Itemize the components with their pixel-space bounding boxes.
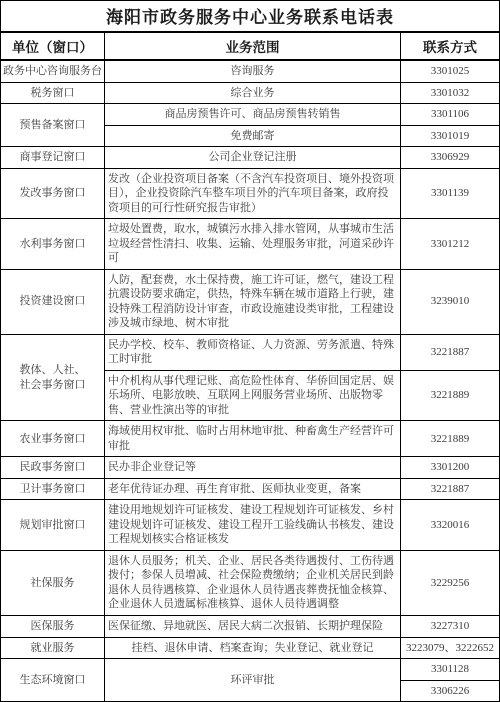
- phone-cell: 3301212: [401, 219, 500, 270]
- unit-cell: 就业服务: [1, 637, 105, 659]
- scope-cell: 挂档、退休申请、档案查询；失业登记、就业登记: [105, 637, 401, 659]
- column-header-contact: 联系方式: [401, 32, 500, 60]
- phone-cell: 3223079、3222652: [401, 637, 500, 659]
- phone-cell: 3221887: [401, 478, 500, 500]
- scope-cell: 公司企业登记注册: [105, 147, 401, 169]
- scope-cell: 民办非企业登记等: [105, 457, 401, 479]
- phone-cell: 3221889: [401, 421, 500, 457]
- phone-cell: 3301106: [401, 104, 500, 126]
- scope-cell: 商品房预售许可、商品房预售转销售: [105, 104, 401, 126]
- title-row: 海阳市政务服务中心业务联系电话表: [1, 1, 500, 33]
- scope-cell: 中介机构从事代理记账、高危险性体育、华侨回国定居、娱乐场所、电影放映、互联网上网…: [105, 370, 401, 421]
- column-header-unit: 单位（窗口）: [1, 32, 105, 60]
- unit-cell: 医保服务: [1, 615, 105, 637]
- unit-cell: 社保服务: [1, 550, 105, 615]
- table-row: 教体、人社、 社会事务窗口民办学校、校车、教师资格证、人力资源、劳务派遣、特殊工…: [1, 334, 500, 370]
- table-row: 农业事务窗口海域使用权审批、临时占用林地审批、种畜禽生产经营许可审批322188…: [1, 421, 500, 457]
- scope-cell: 医保征缴、异地就医、居民大病二次报销、长期护理保险: [105, 615, 401, 637]
- phone-directory-page: 海阳市政务服务中心业务联系电话表 单位（窗口） 业务范围 联系方式 政务中心咨询…: [0, 0, 500, 702]
- phone-cell: 3301200: [401, 457, 500, 479]
- table-row: 就业服务挂档、退休申请、档案查询；失业登记、就业登记3223079、322265…: [1, 637, 500, 659]
- scope-cell: 退休人员服务；机关、企业、居民各类待遇拨付、工伤待遇拨付；参保人员增减、社会保险…: [105, 550, 401, 615]
- scope-cell: 老年优待证办理、再生育审批、医师执业变更，备案: [105, 478, 401, 500]
- phone-cell: 3221889: [401, 370, 500, 421]
- table-row: 水利事务窗口垃圾处置费，取水，城镇污水排入排水管网，从事城市生活垃圾经营性清扫、…: [1, 219, 500, 270]
- phone-cell: 3301139: [401, 168, 500, 219]
- table-row: 社保服务退休人员服务；机关、企业、居民各类待遇拨付、工伤待遇拨付；参保人员增减、…: [1, 550, 500, 615]
- scope-cell: 人防，配套费，水土保持费，施工许可证，燃气，建设工程抗震设防要求确定，供热，特殊…: [105, 269, 401, 334]
- unit-cell: 政务中心咨询服务台: [1, 60, 105, 82]
- table-row: 医保服务医保征缴、异地就医、居民大病二次报销、长期护理保险3227310: [1, 615, 500, 637]
- scope-cell: 免费邮寄: [105, 125, 401, 147]
- table-row: 税务窗口综合业务3301032: [1, 82, 500, 104]
- scope-cell: 建设用地规划许可证核发、建设工程规划许可证核发、乡村建设规划许可证核发、建设工程…: [105, 500, 401, 551]
- unit-cell: 预售备案窗口: [1, 104, 105, 147]
- table-row: 预售备案窗口商品房预售许可、商品房预售转销售3301106: [1, 104, 500, 126]
- phone-cell: 3306226: [401, 680, 500, 702]
- phone-cell: 3221887: [401, 334, 500, 370]
- column-header-scope: 业务范围: [105, 32, 401, 60]
- table-row: 民政事务窗口民办非企业登记等3301200: [1, 457, 500, 479]
- phone-cell: 3239010: [401, 269, 500, 334]
- phone-cell: 3320016: [401, 500, 500, 551]
- phone-cell: 3301032: [401, 82, 500, 104]
- table-row: 卫计事务窗口老年优待证办理、再生育审批、医师执业变更，备案3221887: [1, 478, 500, 500]
- table-body: 政务中心咨询服务台咨询服务3301025税务窗口综合业务3301032预售备案窗…: [1, 60, 500, 702]
- table-row: 政务中心咨询服务台咨询服务3301025: [1, 60, 500, 82]
- phone-cell: 3227310: [401, 615, 500, 637]
- header-row: 单位（窗口） 业务范围 联系方式: [1, 32, 500, 60]
- unit-cell: 民政事务窗口: [1, 457, 105, 479]
- unit-cell: 发改事务窗口: [1, 168, 105, 219]
- contact-table: 海阳市政务服务中心业务联系电话表 单位（窗口） 业务范围 联系方式 政务中心咨询…: [0, 0, 500, 702]
- scope-cell: 咨询服务: [105, 60, 401, 82]
- table-row: 生态环境窗口环评审批3301128: [1, 659, 500, 681]
- scope-cell: 海域使用权审批、临时占用林地审批、种畜禽生产经营许可审批: [105, 421, 401, 457]
- scope-cell: 民办学校、校车、教师资格证、人力资源、劳务派遣、特殊工时审批: [105, 334, 401, 370]
- scope-cell: 发改（企业投资项目备案（不含汽车投资项目、境外投资项目），企业投资除汽车整车项目…: [105, 168, 401, 219]
- page-title: 海阳市政务服务中心业务联系电话表: [1, 1, 500, 33]
- unit-cell: 投资建设窗口: [1, 269, 105, 334]
- unit-cell: 商事登记窗口: [1, 147, 105, 169]
- scope-cell: 垃圾处置费，取水，城镇污水排入排水管网，从事城市生活垃圾经营性清扫、收集、运输、…: [105, 219, 401, 270]
- unit-cell: 教体、人社、 社会事务窗口: [1, 334, 105, 421]
- phone-cell: 3301025: [401, 60, 500, 82]
- unit-cell: 规划审批窗口: [1, 500, 105, 551]
- unit-cell: 卫计事务窗口: [1, 478, 105, 500]
- scope-cell: 综合业务: [105, 82, 401, 104]
- phone-cell: 3229256: [401, 550, 500, 615]
- table-row: 商事登记窗口公司企业登记注册3306929: [1, 147, 500, 169]
- unit-cell: 水利事务窗口: [1, 219, 105, 270]
- unit-cell: 生态环境窗口: [1, 659, 105, 702]
- scope-cell: 环评审批: [105, 659, 401, 702]
- phone-cell: 3301128: [401, 659, 500, 681]
- unit-cell: 农业事务窗口: [1, 421, 105, 457]
- table-row: 投资建设窗口人防，配套费，水土保持费，施工许可证，燃气，建设工程抗震设防要求确定…: [1, 269, 500, 334]
- phone-cell: 3301019: [401, 125, 500, 147]
- phone-cell: 3306929: [401, 147, 500, 169]
- unit-cell: 税务窗口: [1, 82, 105, 104]
- table-row: 规划审批窗口建设用地规划许可证核发、建设工程规划许可证核发、乡村建设规划许可证核…: [1, 500, 500, 551]
- table-row: 发改事务窗口发改（企业投资项目备案（不含汽车投资项目、境外投资项目），企业投资除…: [1, 168, 500, 219]
